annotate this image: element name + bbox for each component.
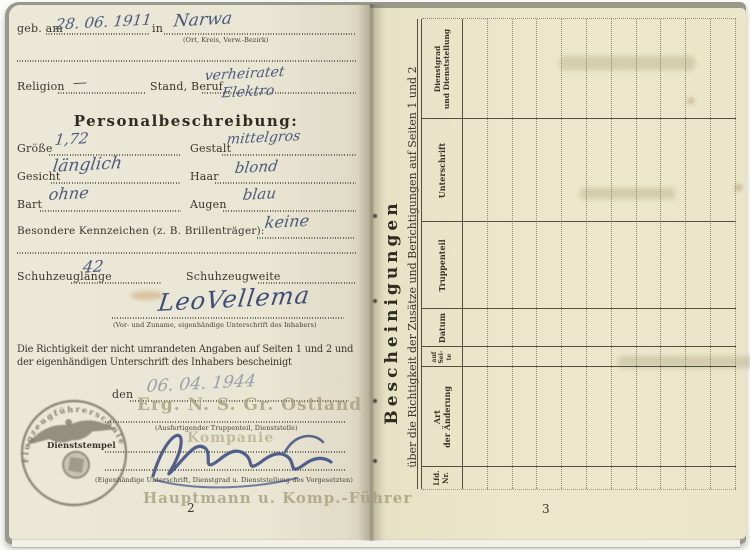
personalbeschreibung-heading: Personalbeschreibung: <box>71 112 301 130</box>
table-row <box>537 19 562 489</box>
column-divider <box>422 118 736 119</box>
col-lfd-nr: Lfd. Nr. <box>422 467 462 489</box>
col-auf-seite: auf Sei- te <box>422 347 462 367</box>
haar-value: blond <box>234 157 279 177</box>
dotted-line <box>164 33 356 35</box>
religion-value-handwritten: — <box>72 75 88 92</box>
dotted-line <box>257 237 356 239</box>
left-page-number: 2 <box>187 501 195 515</box>
dotted-line <box>215 182 356 184</box>
schuhlaenge-value: 42 <box>82 256 105 276</box>
dotted-line <box>112 317 344 319</box>
column-divider <box>422 221 736 222</box>
bescheinigungen-title: Bescheinigungen <box>382 182 402 442</box>
owner-signature-handwritten: LeoVellema <box>157 281 312 317</box>
left-page-content: geb. am 28. 06. 1911 in Narwa (Ort, Krei… <box>9 5 370 539</box>
groesse-value: 1,72 <box>54 129 90 149</box>
date-value-handwritten: 06. 04. 1944 <box>145 371 256 397</box>
groesse-label: Größe <box>17 142 53 155</box>
kennzeichen-value: keine <box>264 211 311 232</box>
augen-label: Augen <box>190 198 227 211</box>
table-header-row: Lfd. Nr. Art der Änderung auf Sei- te Da… <box>422 19 463 489</box>
unit-stamp-ghost-line1: Erg. N. S. Gr. Ostland <box>137 395 362 415</box>
dotted-line <box>71 282 161 284</box>
col-datum: Datum <box>422 309 462 347</box>
table-double-rule <box>417 19 418 489</box>
bart-label: Bart <box>17 198 42 211</box>
born-in-label: in <box>152 22 163 35</box>
col-art-aenderung: Art der Änderung <box>422 367 462 467</box>
service-stamp: Flugzeugführerschule A/B <box>12 393 136 517</box>
stand-value-handwritten: verheiratet <box>204 64 286 84</box>
table-row <box>587 19 612 489</box>
certify-line1: Die Richtigkeit der nicht umrandeten Ang… <box>17 344 353 355</box>
certify-line2: der eigenhändigen Unterschrift des Inhab… <box>17 357 292 368</box>
table-row <box>612 19 637 489</box>
dotted-line <box>46 33 150 35</box>
col-dienstgrad: Dienstgrad und Dienststellung <box>422 19 462 119</box>
dotted-line <box>222 154 356 156</box>
table-row <box>513 19 538 489</box>
owner-signature-hint: (Vor- und Zuname, eigenhändige Unterschr… <box>113 321 317 329</box>
column-divider <box>422 308 736 309</box>
bart-value: ohne <box>48 183 90 204</box>
dotted-line <box>58 92 146 94</box>
table-row <box>661 19 686 489</box>
column-divider <box>422 466 736 467</box>
table-row <box>686 19 711 489</box>
superior-signature-scribble <box>137 418 342 490</box>
column-divider <box>422 366 736 367</box>
col-unterschrift: Unterschrift <box>422 119 462 222</box>
column-divider <box>422 346 736 347</box>
augen-value: blau <box>242 184 278 204</box>
dotted-line <box>17 60 356 62</box>
right-page-content: Bescheinigungen über die Richtigkeit der… <box>370 8 746 539</box>
table-row <box>463 19 488 489</box>
col-truppenteil: Truppenteil <box>422 222 462 309</box>
dienststempel-label: Dienststempel <box>47 441 116 451</box>
table-row <box>637 19 662 489</box>
dotted-line <box>40 210 181 212</box>
beruf-value-handwritten: Elektro <box>221 83 276 102</box>
kennzeichen-label: Besondere Kennzeichen (z. B. Brillenträg… <box>17 225 265 237</box>
right-page-number: 3 <box>542 502 550 516</box>
table-row <box>562 19 587 489</box>
table-row <box>711 19 736 489</box>
bescheinigungen-table: Lfd. Nr. Art der Änderung auf Sei- te Da… <box>422 18 736 490</box>
table-body <box>463 19 736 489</box>
birthplace-hint: (Ort, Kreis, Verw.-Bezirk) <box>183 36 269 44</box>
birthplace-handwritten: Narwa <box>173 9 234 32</box>
table-row <box>488 19 513 489</box>
born-value-handwritten: 28. 06. 1911 <box>55 11 153 34</box>
gesicht-value: länglich <box>51 153 123 177</box>
gestalt-value: mittelgros <box>226 128 302 148</box>
rotated-form: Bescheinigungen über die Richtigkeit der… <box>376 12 738 532</box>
dotted-line <box>17 252 356 254</box>
